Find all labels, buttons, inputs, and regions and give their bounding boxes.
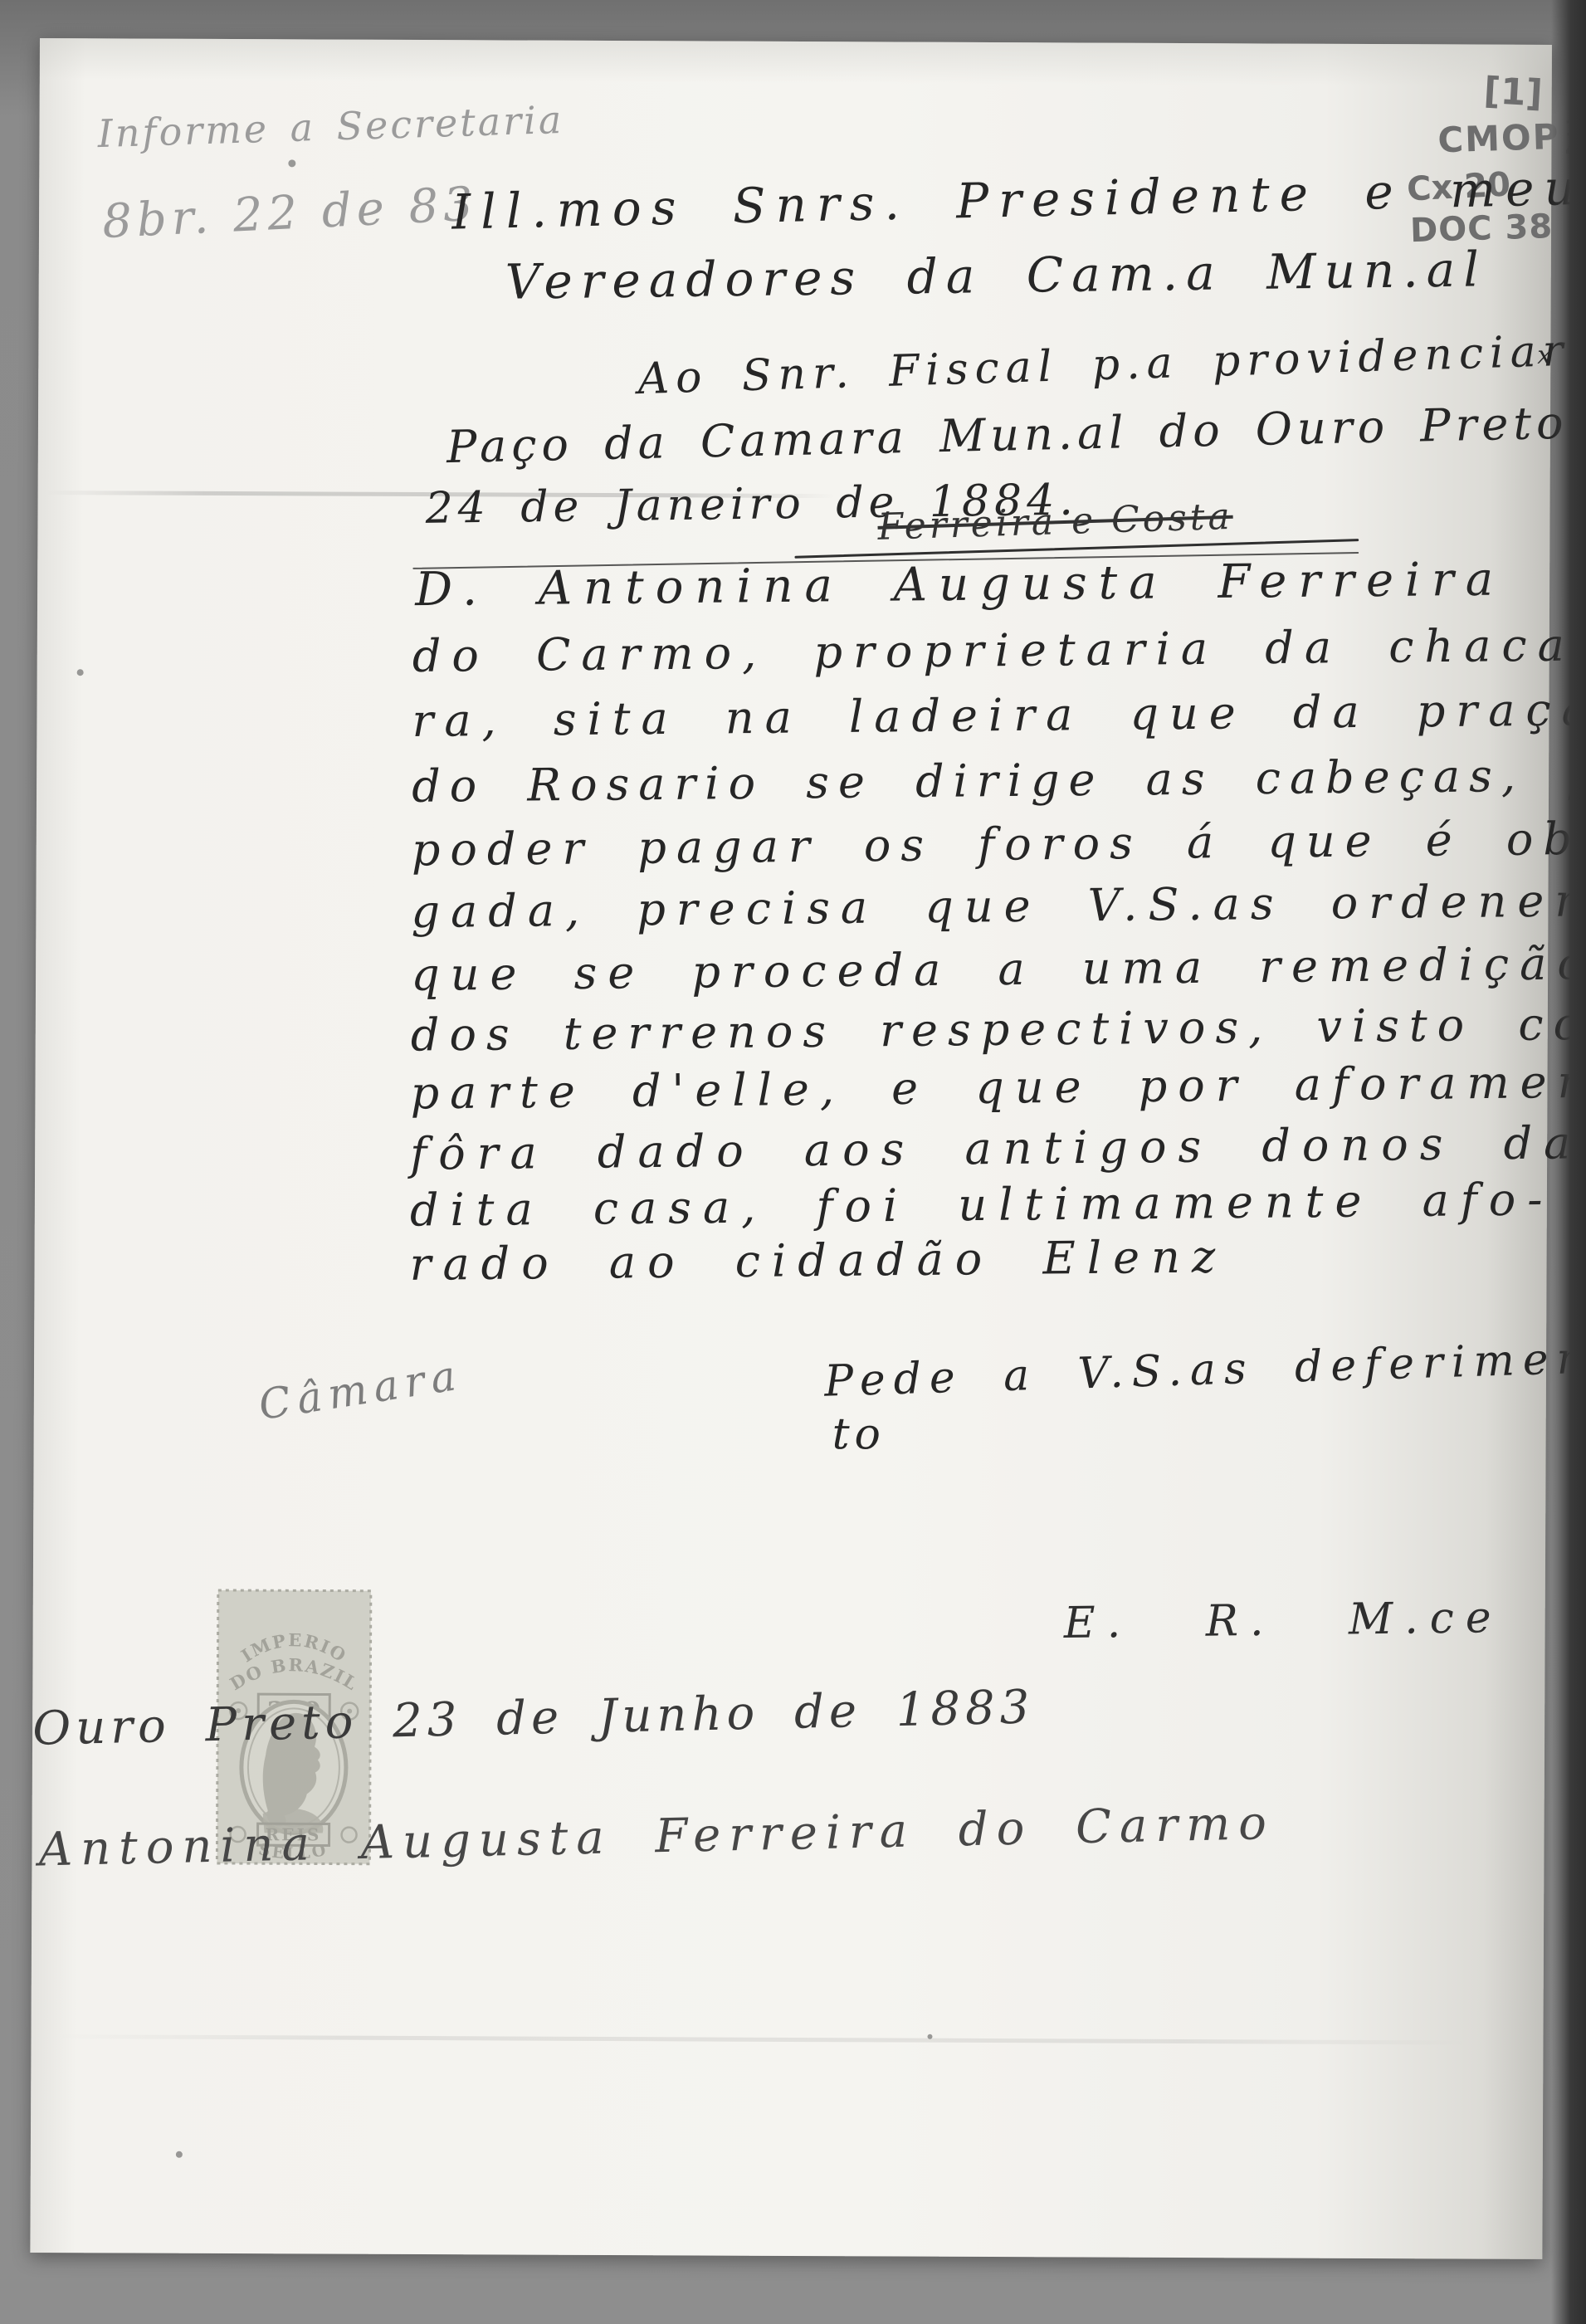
scanned-document: Informe a Secretaria 8br. 22 de 83 [1] C… xyxy=(0,0,1586,2324)
archive-mark-bracket: [1] xyxy=(1483,73,1544,113)
paper-crease xyxy=(56,2034,1466,2044)
salutation-line-2: Vereadores da Cam.a Mun.al xyxy=(505,245,1487,305)
body-line: parte d'elle, e que por aforamento xyxy=(410,1059,1586,1116)
speck xyxy=(77,669,84,676)
body-line: ra, sita na ladeira que da praça xyxy=(412,687,1586,744)
closing-formula: E. R. M.ce xyxy=(1063,1596,1503,1645)
scanner-edge-shadow xyxy=(1551,0,1586,2324)
despacho-line-1: Ao Snr. Fiscal p.a providenciar. xyxy=(637,329,1586,401)
speck xyxy=(288,159,295,167)
pencil-note-line1: Informe a Secretaria xyxy=(97,100,564,153)
body-line: rado ao cidadão Elenz xyxy=(409,1234,1227,1286)
pencil-note-line2: 8br. 22 de 83 xyxy=(101,181,479,246)
despacho-line-2: Paço da Camara Mun.al do Ouro Preto, xyxy=(446,400,1586,470)
body-line: do Rosario se dirige as cabeças, para xyxy=(412,752,1586,809)
body-line: que se proceda a uma remedição xyxy=(411,941,1586,998)
place-date-line: Ouro Preto 23 de Junho de 1883 xyxy=(32,1684,1035,1752)
request-line-1: Pede a V.S.as deferimen- xyxy=(823,1336,1586,1404)
body-line: fôra dado aos antigos donos da xyxy=(410,1120,1583,1177)
body-line: gada, precisa que V.S.as ordenem xyxy=(411,878,1586,935)
speck xyxy=(927,2034,932,2039)
body-line: do Carmo, proprietaria da chaca- xyxy=(412,622,1586,679)
body-line: poder pagar os foros á que é obri- xyxy=(412,816,1586,872)
document-page: Informe a Secretaria 8br. 22 de 83 [1] C… xyxy=(30,38,1552,2259)
clerk-rubric: Ferreira e Costa xyxy=(877,499,1233,546)
body-line: D. Antonina Augusta Ferreira xyxy=(415,557,1505,614)
margin-mark: x xyxy=(1537,344,1551,369)
camara-pencil-note: Câmara xyxy=(256,1354,466,1426)
paper-specks xyxy=(40,38,1552,45)
archive-mark-fund-code: CMOP xyxy=(1437,116,1561,160)
body-line: dita casa, foi ultimamente afo- xyxy=(410,1177,1554,1233)
request-line-2: to xyxy=(832,1413,886,1456)
speck xyxy=(176,2151,183,2158)
body-line: dos terrenos respectivos, visto como xyxy=(411,1001,1586,1058)
